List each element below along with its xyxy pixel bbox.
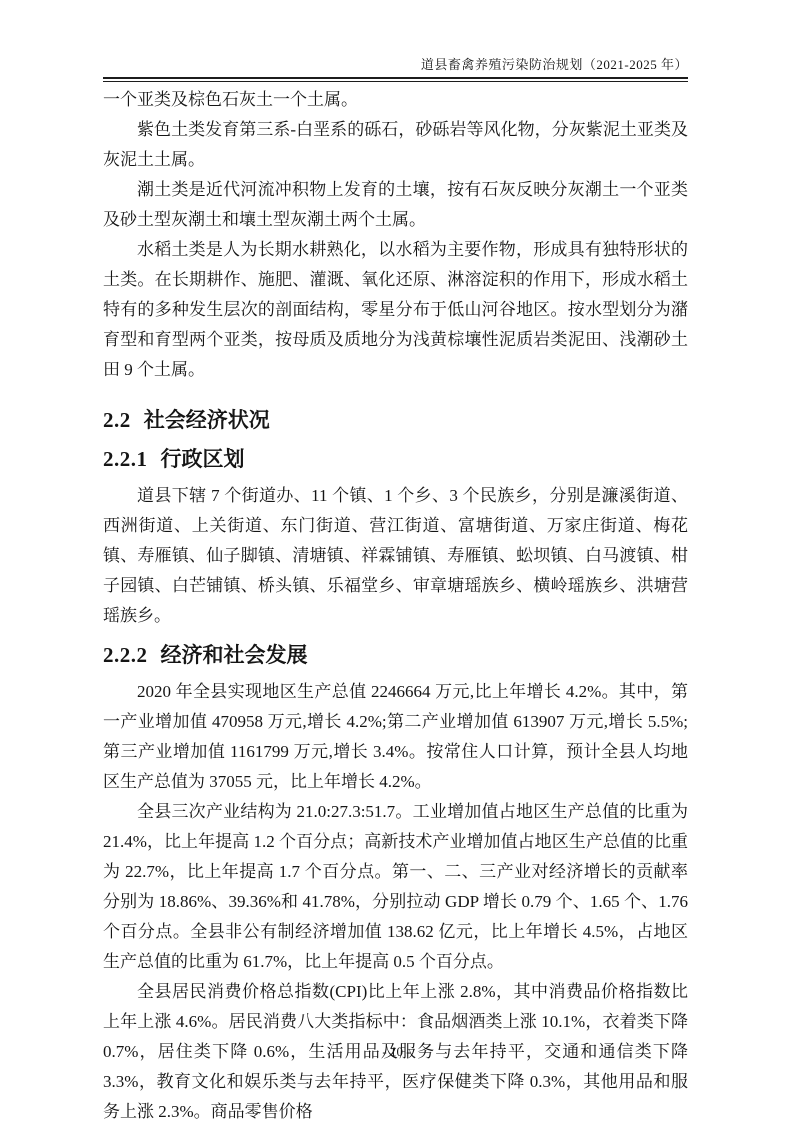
header-double-rule <box>103 77 688 82</box>
heading-social-economy: 2.2社会经济状况 <box>103 407 688 434</box>
paragraph-paddy-soil: 水稻土类是人为长期水耕熟化，以水稻为主要作物，形成具有独特形状的土类。在长期耕作… <box>103 235 688 385</box>
header-running-title: 道县畜禽养殖污染防治规划（2021-2025 年） <box>103 56 688 73</box>
paragraph-continuation-soil: 一个亚类及棕色石灰土一个土属。 <box>103 85 688 115</box>
heading-title: 社会经济状况 <box>144 408 270 432</box>
heading-number: 2.2 <box>103 408 131 432</box>
paragraph-tidal-soil: 潮土类是近代河流冲积物上发育的土壤，按有石灰反映分灰潮土一个亚类及砂土型灰潮土和… <box>103 175 688 235</box>
heading-title: 经济和社会发展 <box>161 643 308 667</box>
paragraph-gdp: 2020 年全县实现地区生产总值 2246664 万元,比上年增长 4.2%。其… <box>103 677 688 797</box>
paragraph-purple-soil: 紫色土类发育第三系-白垩系的砾石，砂砾岩等风化物，分灰紫泥土亚类及灰泥土土属。 <box>103 115 688 175</box>
paragraph-admin-division: 道县下辖 7 个街道办、11 个镇、1 个乡、3 个民族乡，分别是濂溪街道、西洲… <box>103 481 688 631</box>
heading-admin-division: 2.2.1行政区划 <box>103 446 688 472</box>
heading-number: 2.2.2 <box>103 643 148 667</box>
page-header: 道县畜禽养殖污染防治规划（2021-2025 年） <box>103 56 688 82</box>
document-body: 一个亚类及棕色石灰土一个土属。 紫色土类发育第三系-白垩系的砾石，砂砾岩等风化物… <box>103 85 688 1122</box>
heading-economy-development: 2.2.2经济和社会发展 <box>103 642 688 668</box>
page-number: - 10 - <box>382 1044 410 1059</box>
page-footer: - 10 - <box>0 1044 793 1060</box>
paragraph-industry-structure: 全县三次产业结构为 21.0:27.3:51.7。工业增加值占地区生产总值的比重… <box>103 797 688 977</box>
document-page: 道县畜禽养殖污染防治规划（2021-2025 年） 一个亚类及棕色石灰土一个土属… <box>0 0 793 1122</box>
heading-number: 2.2.1 <box>103 447 148 471</box>
heading-title: 行政区划 <box>161 447 245 471</box>
